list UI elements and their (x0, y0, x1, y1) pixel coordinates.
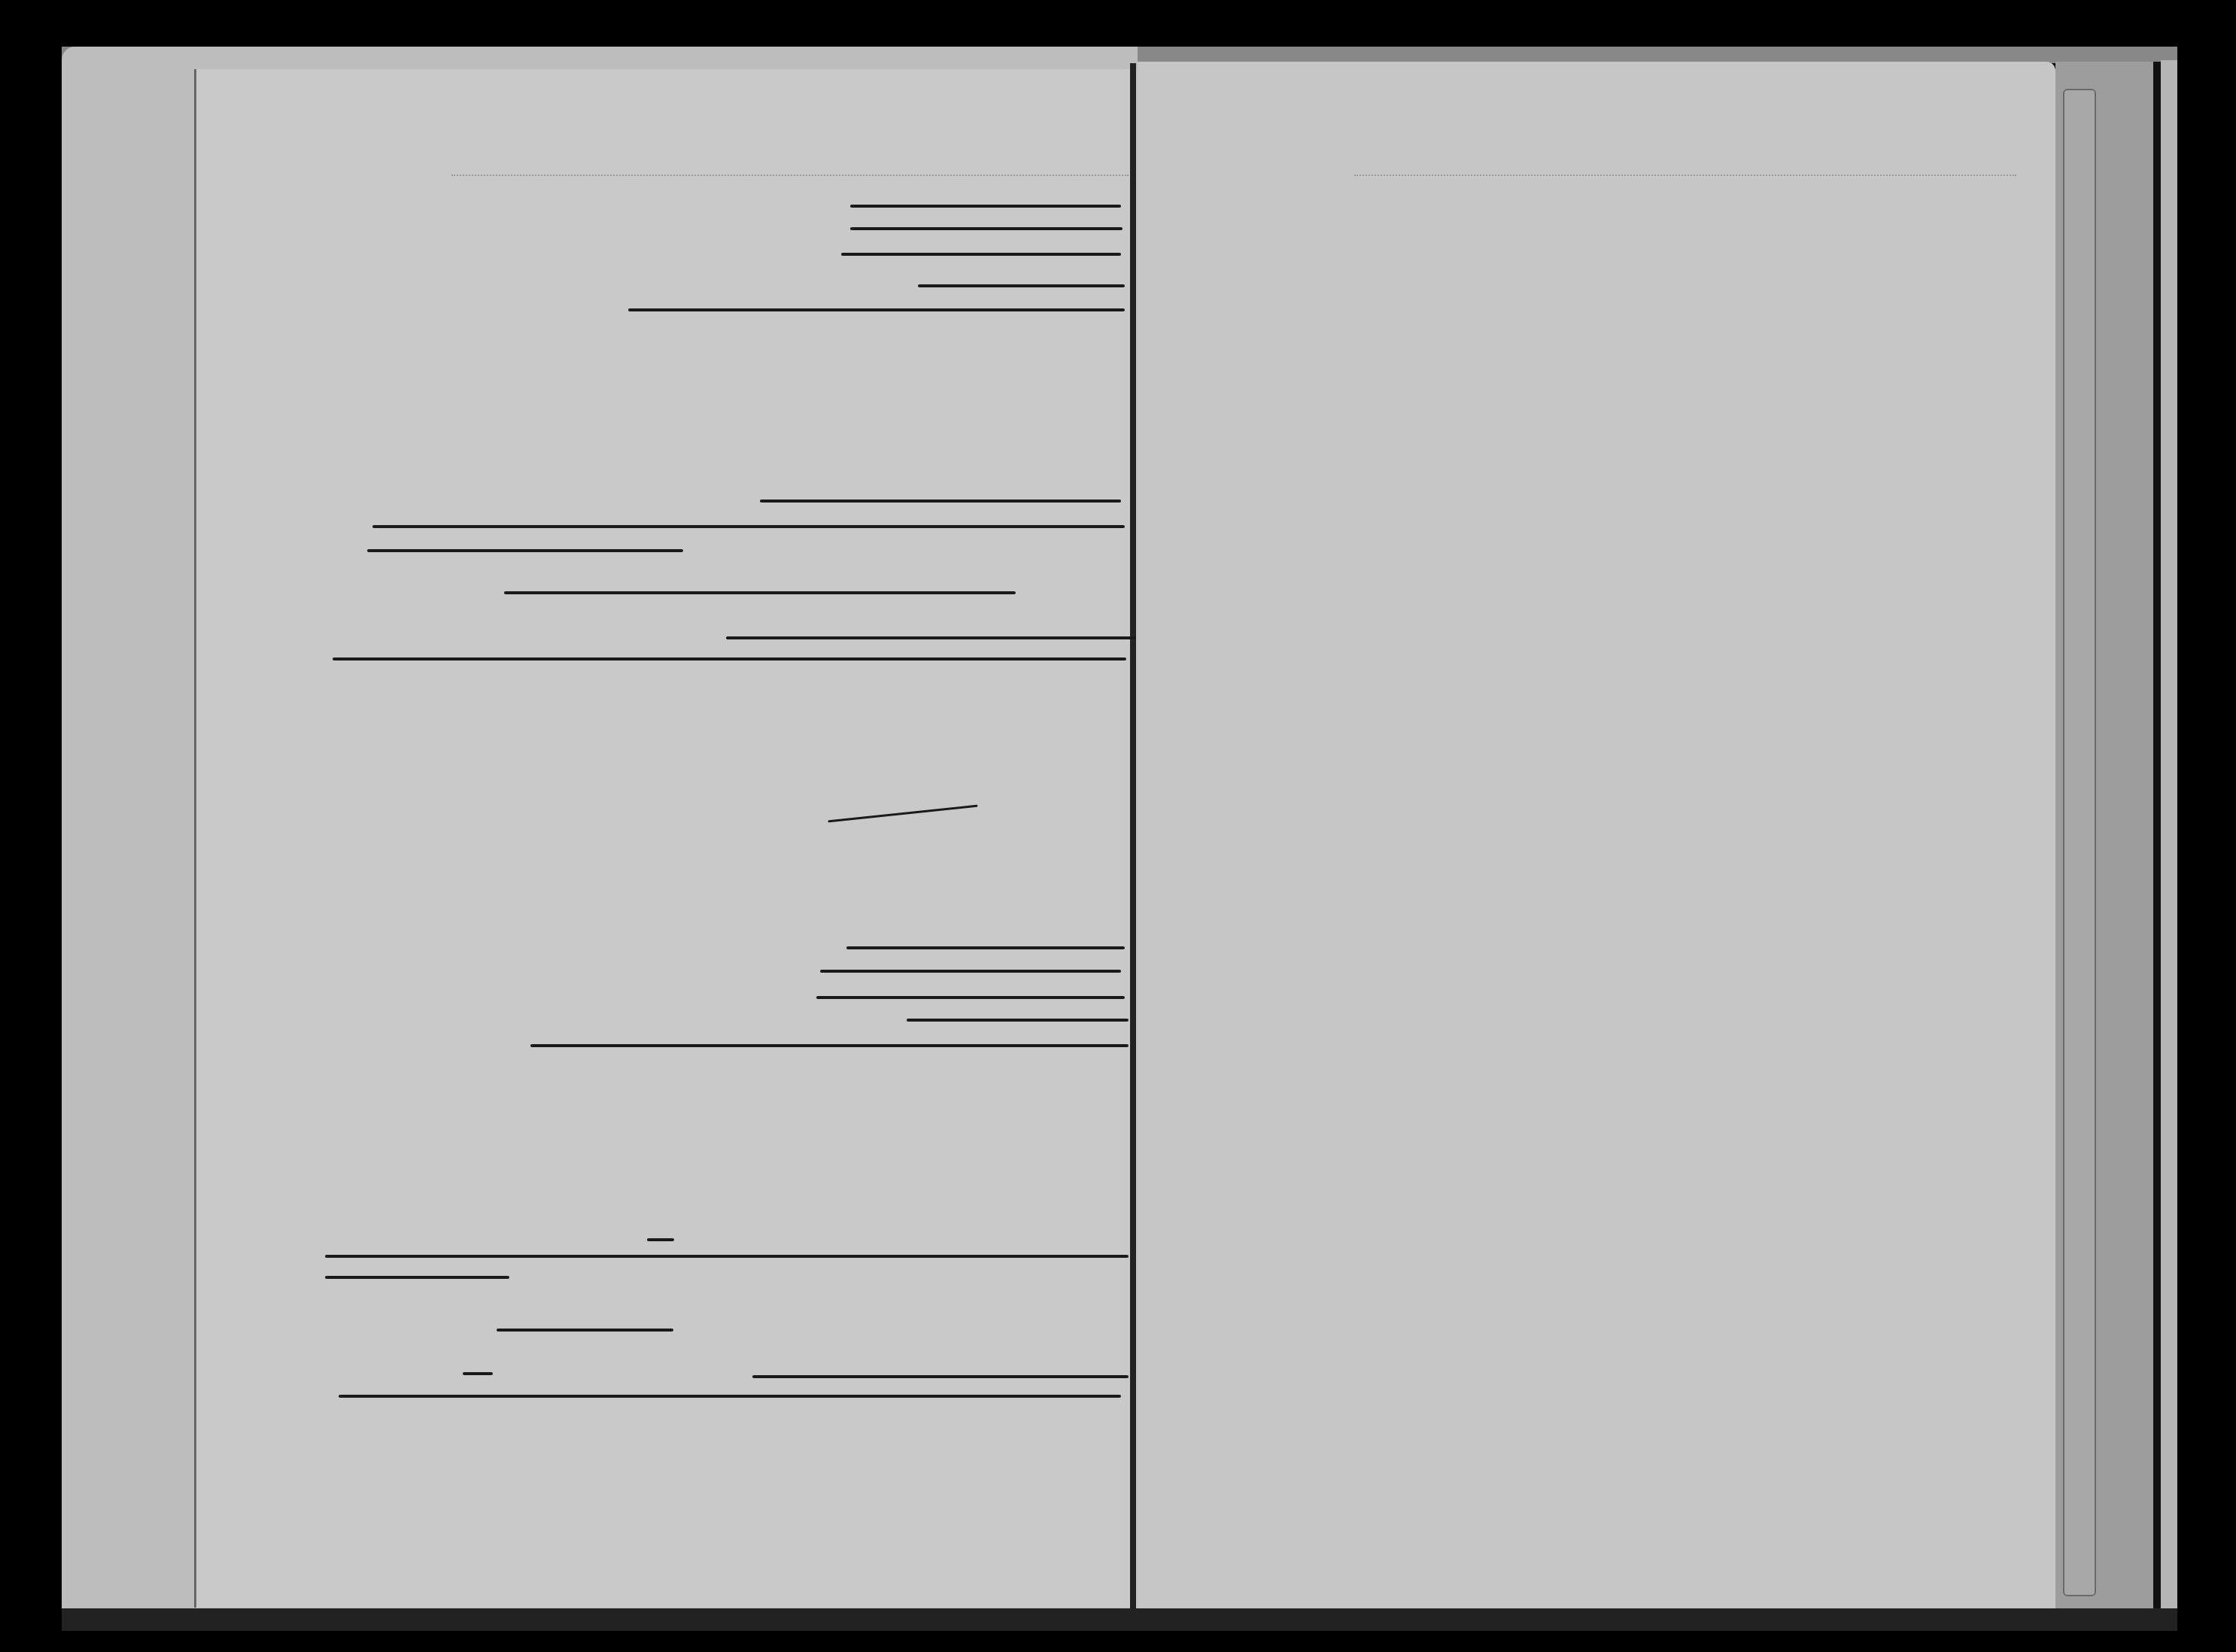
book-spine (1130, 63, 1136, 1613)
right-page-edge-fold (2063, 89, 2096, 1596)
cover-strip (2161, 60, 2177, 1613)
book-bottom-edge (62, 1608, 2177, 1631)
right-page (1138, 62, 2055, 1613)
cover-edge (2153, 62, 2161, 1613)
